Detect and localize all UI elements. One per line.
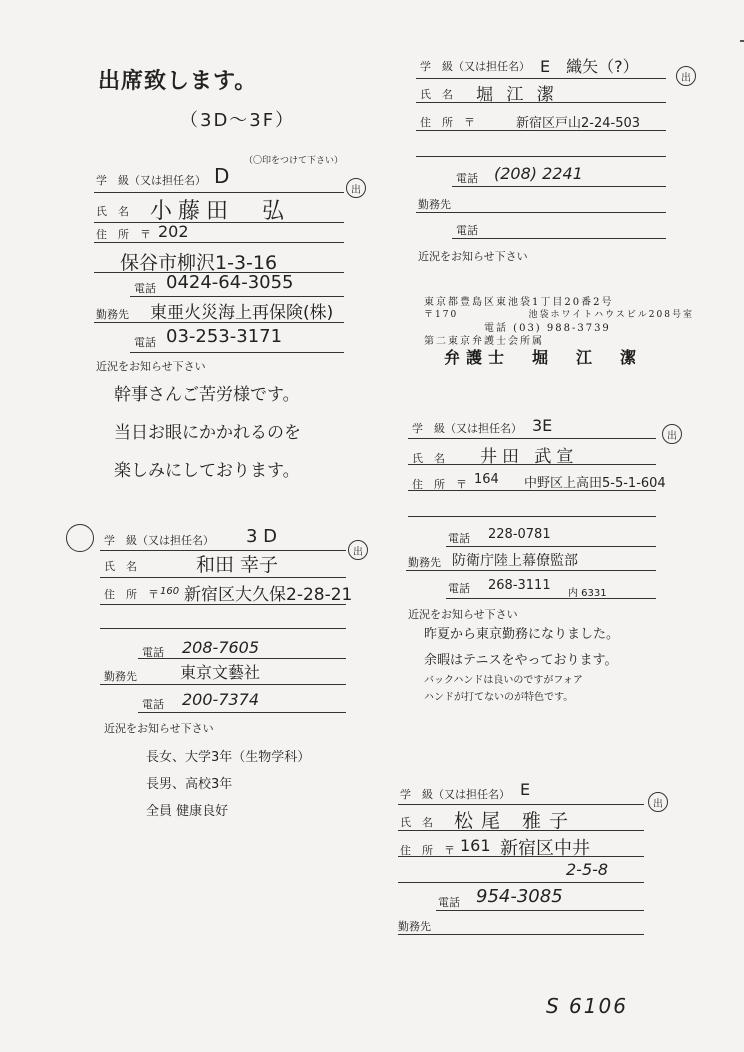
class-label: 学 級（又は担任名）	[104, 532, 214, 548]
address-value: 保谷市柳沢1-3-16	[120, 248, 277, 275]
news-label: 近況をお知らせ下さい	[96, 358, 206, 374]
work-phone-label: 電話	[134, 334, 156, 350]
work-phone-value: 03-253-3171	[166, 326, 282, 347]
class-value: D	[214, 164, 229, 188]
phone-label: 電話	[134, 280, 156, 296]
address-label: 住 所 〒	[104, 586, 159, 602]
selection-circle-icon	[66, 524, 94, 552]
class-value: 3E	[532, 416, 552, 435]
attendance-stamp: 出	[348, 540, 368, 560]
address-value: 新宿区戸山2-24-503	[516, 112, 640, 131]
phone-value: 954-3085	[476, 886, 563, 907]
news-text: 昨夏から東京勤務になりました。 余暇はテニスをやっております。 バックハンドは良…	[424, 624, 619, 706]
scan-edge-mark	[740, 40, 744, 42]
news-label: 近況をお知らせ下さい	[408, 606, 518, 622]
phone-value: (208) 2241	[494, 164, 583, 183]
workplace-value: 東亜火災海上再保険(株)	[150, 298, 333, 323]
attendance-stamp: 出	[346, 178, 366, 198]
phone-value: 228-0781	[488, 527, 551, 542]
phone-label: 電話	[448, 530, 470, 546]
name-label: 氏 名	[96, 203, 129, 219]
work-phone-value: 268-3111	[488, 578, 551, 593]
name-label: 氏 名	[104, 558, 137, 574]
name-value: 和田 幸子	[196, 550, 278, 577]
attendance-stamp: 出	[662, 424, 682, 444]
address-line2-value: 2-5-8	[566, 860, 608, 879]
work-phone-label: 電話	[142, 696, 164, 712]
workplace-value: 防衛庁陸上幕僚監部	[452, 550, 578, 570]
class-value: E 織矢（?）	[540, 54, 639, 77]
page-subtitle: （3D〜3F）	[180, 106, 295, 132]
work-phone-label: 電話	[448, 580, 470, 596]
class-value: 3 D	[246, 526, 277, 547]
page-title: 出席致します。	[98, 64, 257, 95]
phone-label: 電話	[456, 170, 478, 186]
workplace-label: 勤務先	[408, 554, 441, 570]
address-value: 中野区上高田5-5-1-604	[524, 472, 666, 491]
extension-value: 内 6331	[568, 584, 607, 599]
address-value: 新宿区大久保2-28-21	[184, 580, 352, 605]
class-label: 学 級（又は担任名）	[420, 58, 530, 74]
class-value: E	[520, 780, 530, 799]
phone-label: 電話	[438, 894, 460, 910]
news-label: 近況をお知らせ下さい	[418, 248, 528, 264]
postal-code: 202	[158, 222, 189, 241]
work-phone-value: 200-7374	[182, 690, 259, 709]
news-text: 長女、大学3年（生物学科） 長男、高校3年 全員 健康良好	[146, 744, 310, 825]
name-value: 松尾 雅子	[454, 806, 576, 833]
workplace-label: 勤務先	[104, 668, 137, 684]
workplace-value: 東京文藝社	[180, 660, 260, 683]
work-phone-label: 電話	[456, 222, 478, 238]
news-label: 近況をお知らせ下さい	[104, 720, 214, 736]
workplace-label: 勤務先	[418, 196, 451, 212]
instruction-note: （〇印をつけて下さい）	[244, 153, 343, 166]
name-label: 氏 名	[400, 814, 433, 830]
postal-code: 164	[474, 472, 499, 487]
class-label: 学 級（又は担任名）	[400, 786, 510, 802]
phone-value: 208-7605	[182, 638, 259, 657]
attendance-stamp: 出	[676, 66, 696, 86]
phone-value: 0424-64-3055	[166, 272, 294, 293]
attendance-stamp: 出	[648, 792, 668, 812]
address-label: 住 所 〒	[96, 226, 151, 242]
workplace-label: 勤務先	[398, 918, 431, 934]
postal-code: 161	[460, 836, 491, 855]
name-label: 氏 名	[420, 86, 453, 102]
postal-code: 160	[160, 586, 179, 597]
address-label: 住 所 〒	[420, 114, 475, 130]
document-number: S 6106	[546, 994, 628, 1018]
business-card-stamp: 東京都豊島区東池袋1丁目20番2号 〒170 池袋ホワイトハウスビル208号室 …	[424, 296, 694, 364]
news-text: 幹事さんご苦労様です。 当日お眼にかかれるのを 楽しみにしております。	[114, 376, 301, 490]
class-label: 学 級（又は担任名）	[412, 420, 522, 436]
workplace-label: 勤務先	[96, 306, 129, 322]
name-value: 小藤田 弘	[150, 194, 290, 225]
class-label: 学 級（又は担任名）	[96, 172, 206, 188]
